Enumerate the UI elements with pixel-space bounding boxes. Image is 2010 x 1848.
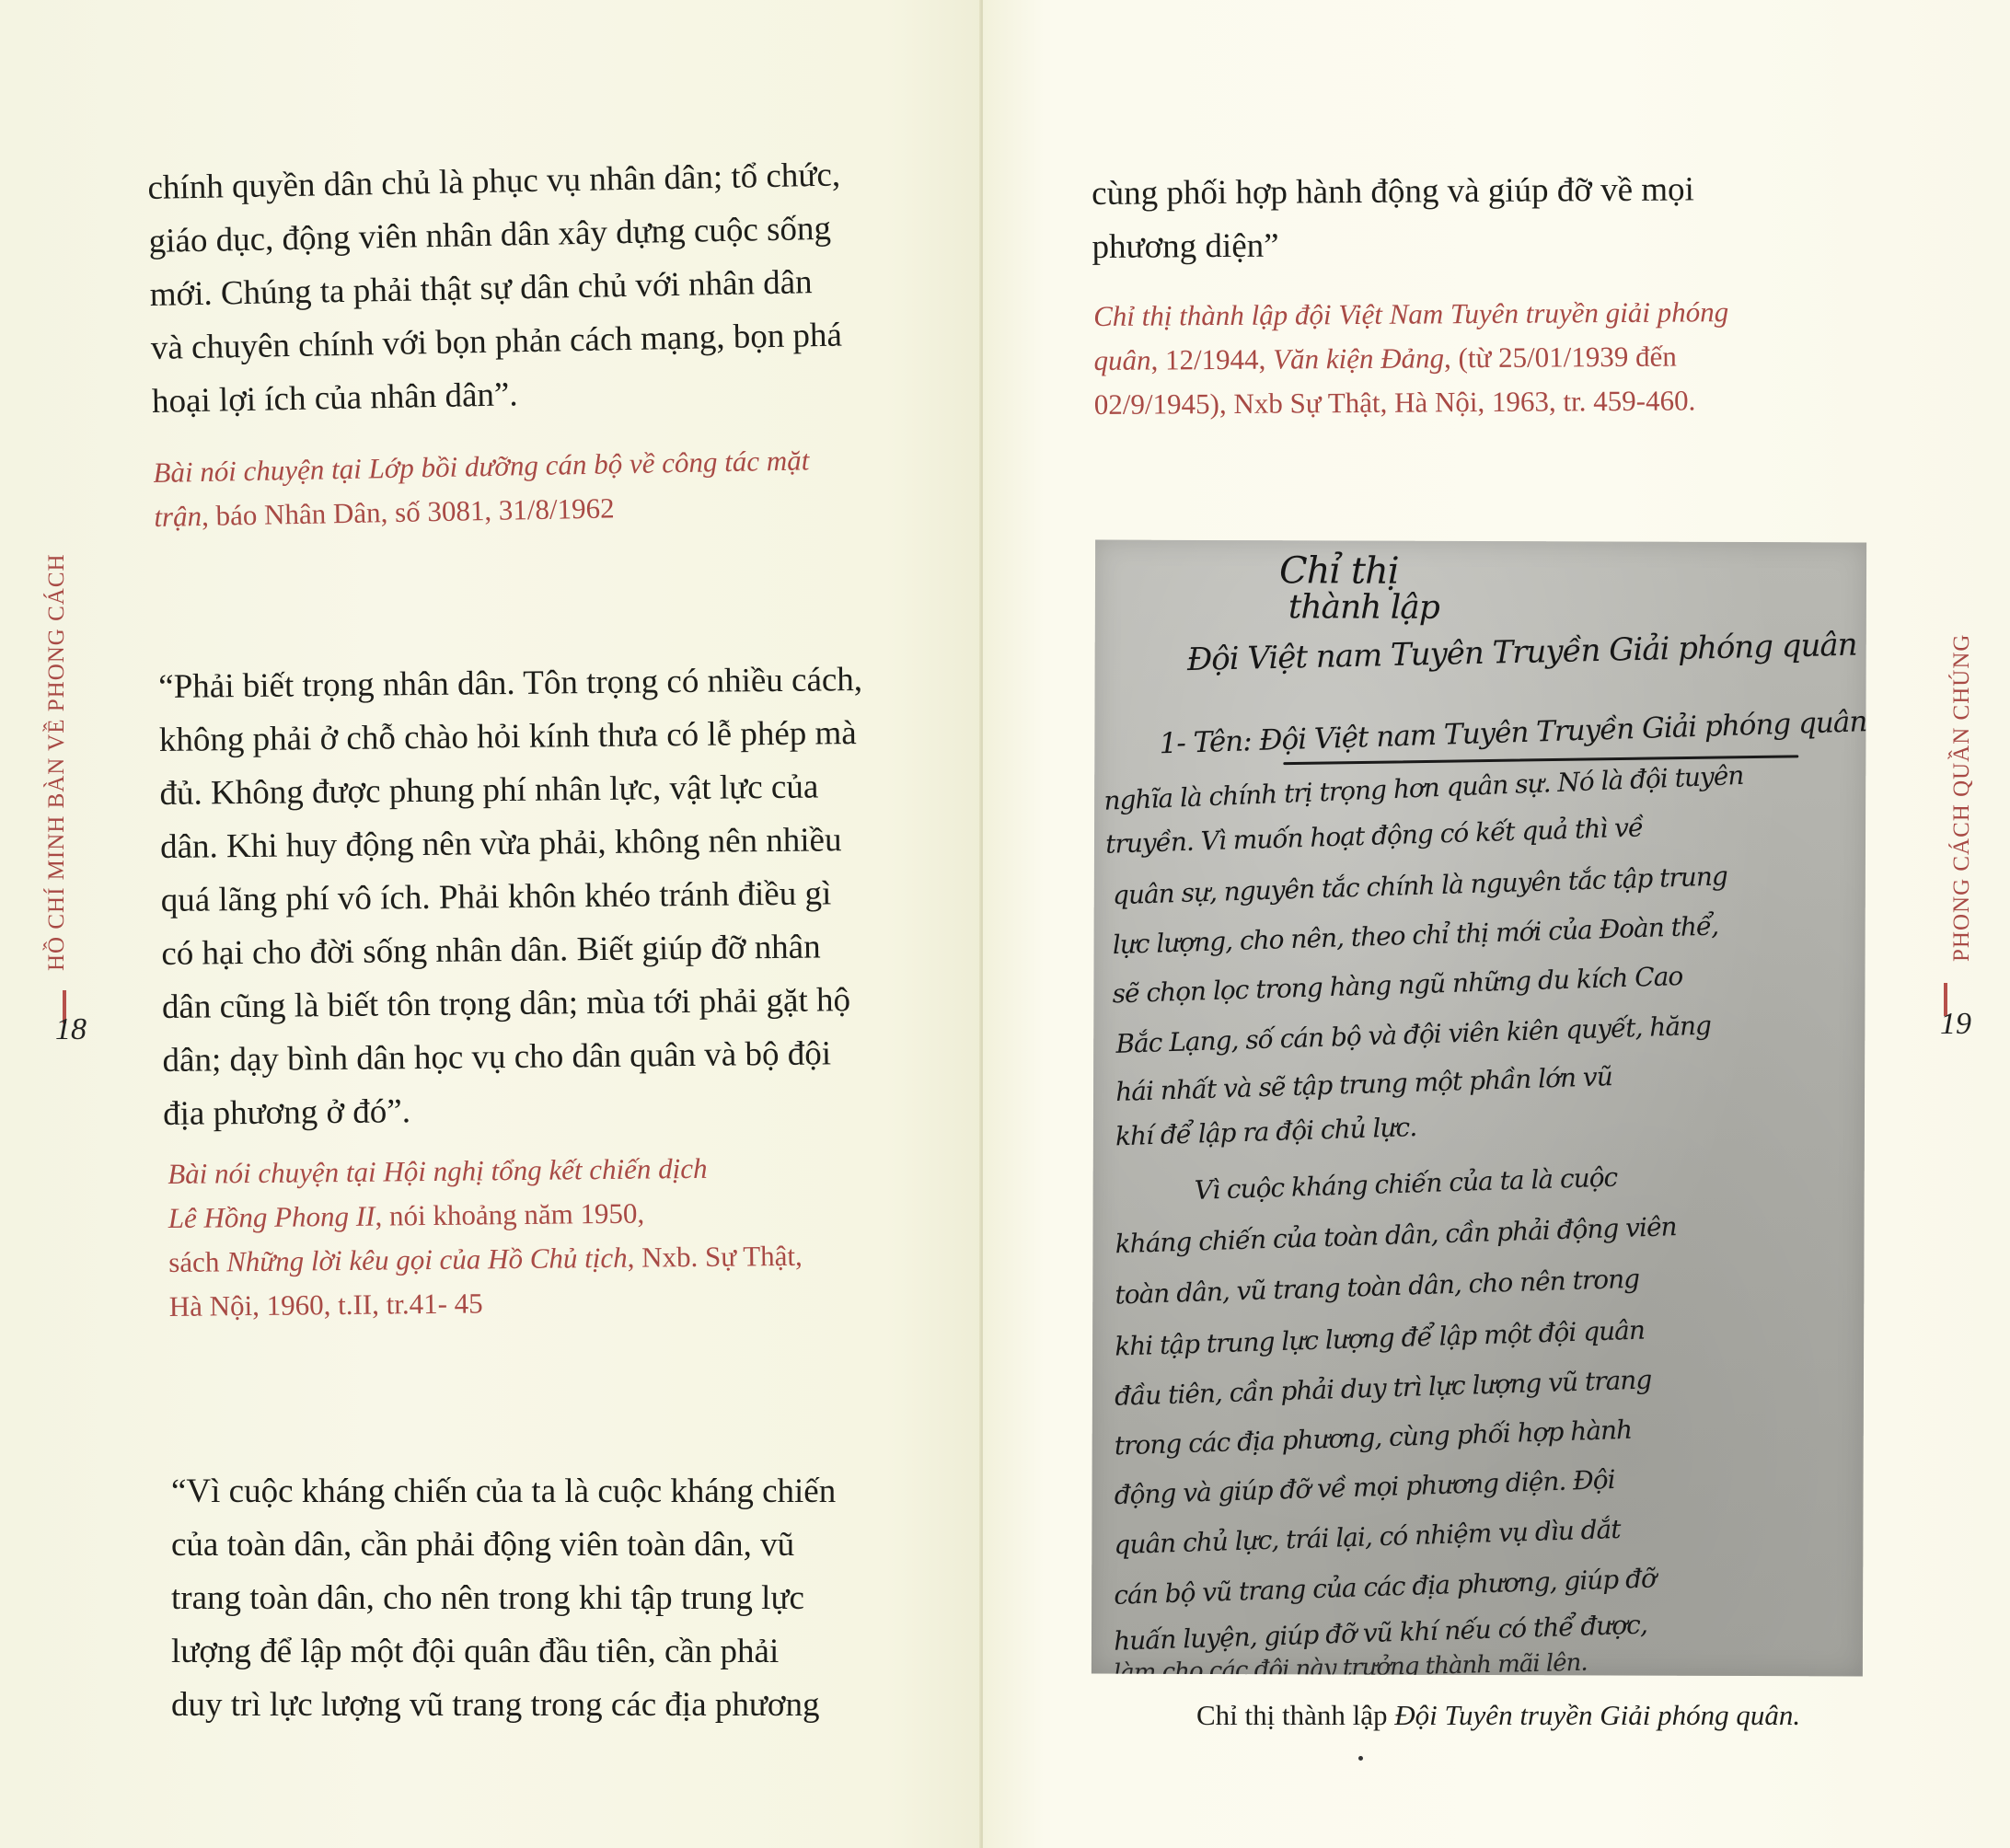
running-head-left: HỒ CHÍ MINH BÀN VỀ PHONG CÁCH xyxy=(44,553,70,971)
citation-source: , báo Nhân Dân, số 3081, 31/8/1962 xyxy=(202,491,615,532)
citation-title: Bài nói chuyện tại Lớp bồi dưỡng cán bộ … xyxy=(153,444,809,489)
quote-line: có hại cho đời sống nhân dân. Biết giúp … xyxy=(161,919,935,981)
manuscript-line: quân chủ lực, trái lại, có nhiệm vụ dìu … xyxy=(1114,1514,1621,1560)
citation-1: Bài nói chuyện tại Lớp bồi dưỡng cán bộ … xyxy=(153,436,909,539)
quote-line: địa phương ở đó”. xyxy=(163,1080,937,1141)
page-number-left: 18 xyxy=(55,1012,87,1047)
citation-right: Chỉ thị thành lập đội Việt Nam Tuyên tru… xyxy=(1093,289,1831,427)
manuscript-line: quân sự, nguyên tắc chính là nguyên tắc … xyxy=(1112,860,1727,910)
manuscript-line: nghĩa là chính trị trọng hơn quân sự. Nó… xyxy=(1103,760,1744,816)
citation-place: Hà Nội, 1960, t.II, tr.41- 45 xyxy=(169,1277,906,1329)
quote-line: cùng phối hợp hành động và giúp đỡ về mọ… xyxy=(1092,162,1855,221)
manuscript-line: khí để lập ra đội chủ lực. xyxy=(1115,1112,1416,1151)
citation-title-cont: trận xyxy=(154,500,202,533)
running-head-right: PHONG CÁCH QUẦN CHÚNG xyxy=(1949,634,1975,962)
quote-continuation: cùng phối hợp hành động và giúp đỡ về mọ… xyxy=(1092,162,1856,274)
manuscript-line: 1- Tên: Đội Việt nam Tuyên Truyền Giải p… xyxy=(1159,705,1866,760)
citation-date: , nói khoảng năm 1950, xyxy=(375,1197,644,1232)
manuscript-title-line: thành lập xyxy=(1288,588,1439,627)
handwritten-manuscript-image: Chỉ thị thành lập Đội Việt nam Tuyên Tru… xyxy=(1092,540,1866,1677)
quote-line: dân cũng là biết tôn trọng dân; mùa tới … xyxy=(162,973,936,1034)
quote-line: lượng để lập một đội quân đầu tiên, cần … xyxy=(171,1625,944,1679)
citation-publisher: 02/9/1945), Nxb Sự Thật, Hà Nội, 1963, t… xyxy=(1094,377,1831,427)
citation-2: Bài nói chuyện tại Hội nghị tổng kết chi… xyxy=(167,1145,906,1329)
manuscript-title-line: Đội Việt nam Tuyên Truyền Giải phóng quâ… xyxy=(1186,625,1866,678)
manuscript-line: Vì cuộc kháng chiến của ta là cuộc xyxy=(1194,1162,1617,1206)
manuscript-line: khi tập trung lực lượng để lập một đội q… xyxy=(1115,1315,1646,1362)
manuscript-line: hái nhất và sẽ tập trung một phần lớn vũ xyxy=(1115,1061,1612,1107)
manuscript-line: sẽ chọn lọc trong hàng ngũ những du kích… xyxy=(1112,961,1683,1009)
book-spread: chính quyền dân chủ là phục vụ nhân dân;… xyxy=(0,0,2010,1848)
manuscript-line: động và giúp đỡ về mọi phương diện. Đội xyxy=(1114,1464,1615,1510)
quote-line: dân; dạy bình dân học vụ cho dân quân và… xyxy=(162,1026,936,1088)
citation-book-title: Văn kiện Đảng xyxy=(1273,341,1444,375)
manuscript-line: Bắc Lạng, số cán bộ và đội viên kiên quy… xyxy=(1115,1011,1711,1059)
manuscript-line: lực lượng, cho nên, theo chỉ thị mới của… xyxy=(1112,910,1718,960)
quote-line: duy trì lực lượng vũ trang trong các địa… xyxy=(171,1679,944,1732)
quote-block-3: “Vì cuộc kháng chiến của ta là cuộc khán… xyxy=(171,1465,944,1732)
manuscript-line: truyền. Vì muốn hoạt động có kết quả thì… xyxy=(1105,812,1644,859)
manuscript-line: cán bộ vũ trang của các địa phương, giúp… xyxy=(1114,1563,1657,1610)
quote-line: không phải ở chỗ chào hỏi kính thưa có l… xyxy=(159,706,933,768)
quote-line: phương diện” xyxy=(1092,215,1855,274)
citation-title-cont: Lê Hồng Phong II xyxy=(168,1200,375,1234)
quote-line: “Vì cuộc kháng chiến của ta là cuộc khán… xyxy=(171,1465,944,1519)
manuscript-line: kháng chiến của toàn dân, cần phải động … xyxy=(1115,1211,1677,1259)
citation-date: , 12/1944, xyxy=(1150,343,1273,376)
page-number-right: 19 xyxy=(1940,1007,1971,1042)
stray-dot xyxy=(1358,1756,1363,1761)
manuscript-line: đầu tiên, cần phải duy trì lực lượng vũ … xyxy=(1115,1364,1652,1411)
quote-block-2: “Phải biết trọng nhân dân. Tôn trọng có … xyxy=(158,653,936,1141)
left-page: chính quyền dân chủ là phục vụ nhân dân;… xyxy=(0,0,983,1848)
citation-prefix: sách xyxy=(168,1245,226,1278)
citation-book-title: Những lời kêu gọi của Hồ Chủ tịch xyxy=(226,1242,628,1278)
manuscript-line: toàn dân, vũ trang toàn dân, cho nên tro… xyxy=(1115,1264,1640,1311)
quote-line: trang toàn dân, cho nên trong khi tập tr… xyxy=(171,1572,944,1625)
quote-line: của toàn dân, cần phải động viên toàn dâ… xyxy=(171,1519,944,1572)
citation-title: Chỉ thị thành lập đội Việt Nam Tuyên tru… xyxy=(1093,295,1728,332)
manuscript-line: trong các địa phương, cùng phối hợp hành xyxy=(1114,1415,1632,1461)
manuscript-title-line: Chỉ thị xyxy=(1279,549,1399,592)
quote-line: dân. Khi huy động nên vừa phải, không nê… xyxy=(160,813,934,874)
quote-line: đủ. Không được phung phí nhân lực, vật l… xyxy=(159,759,933,821)
citation-title: Bài nói chuyện tại Hội nghị tổng kết chi… xyxy=(167,1152,708,1190)
caption-text: Chỉ thị thành lập xyxy=(1196,1699,1394,1731)
citation-range: , (từ 25/01/1939 đến xyxy=(1444,341,1677,375)
figure-caption: Chỉ thị thành lập Đội Tuyên truyền Giải … xyxy=(1196,1697,1877,1734)
caption-italic: Đội Tuyên truyền Giải phóng quân. xyxy=(1394,1699,1800,1731)
quote-line: quá lãng phí vô ích. Phải khôn khéo trán… xyxy=(160,866,934,928)
citation-title-cont: quân xyxy=(1093,344,1150,376)
citation-publisher: , Nxb. Sự Thật, xyxy=(627,1240,803,1274)
quote-block-1: chính quyền dân chủ là phục vụ nhân dân;… xyxy=(147,147,925,429)
quote-line: “Phải biết trọng nhân dân. Tôn trọng có … xyxy=(158,653,932,714)
